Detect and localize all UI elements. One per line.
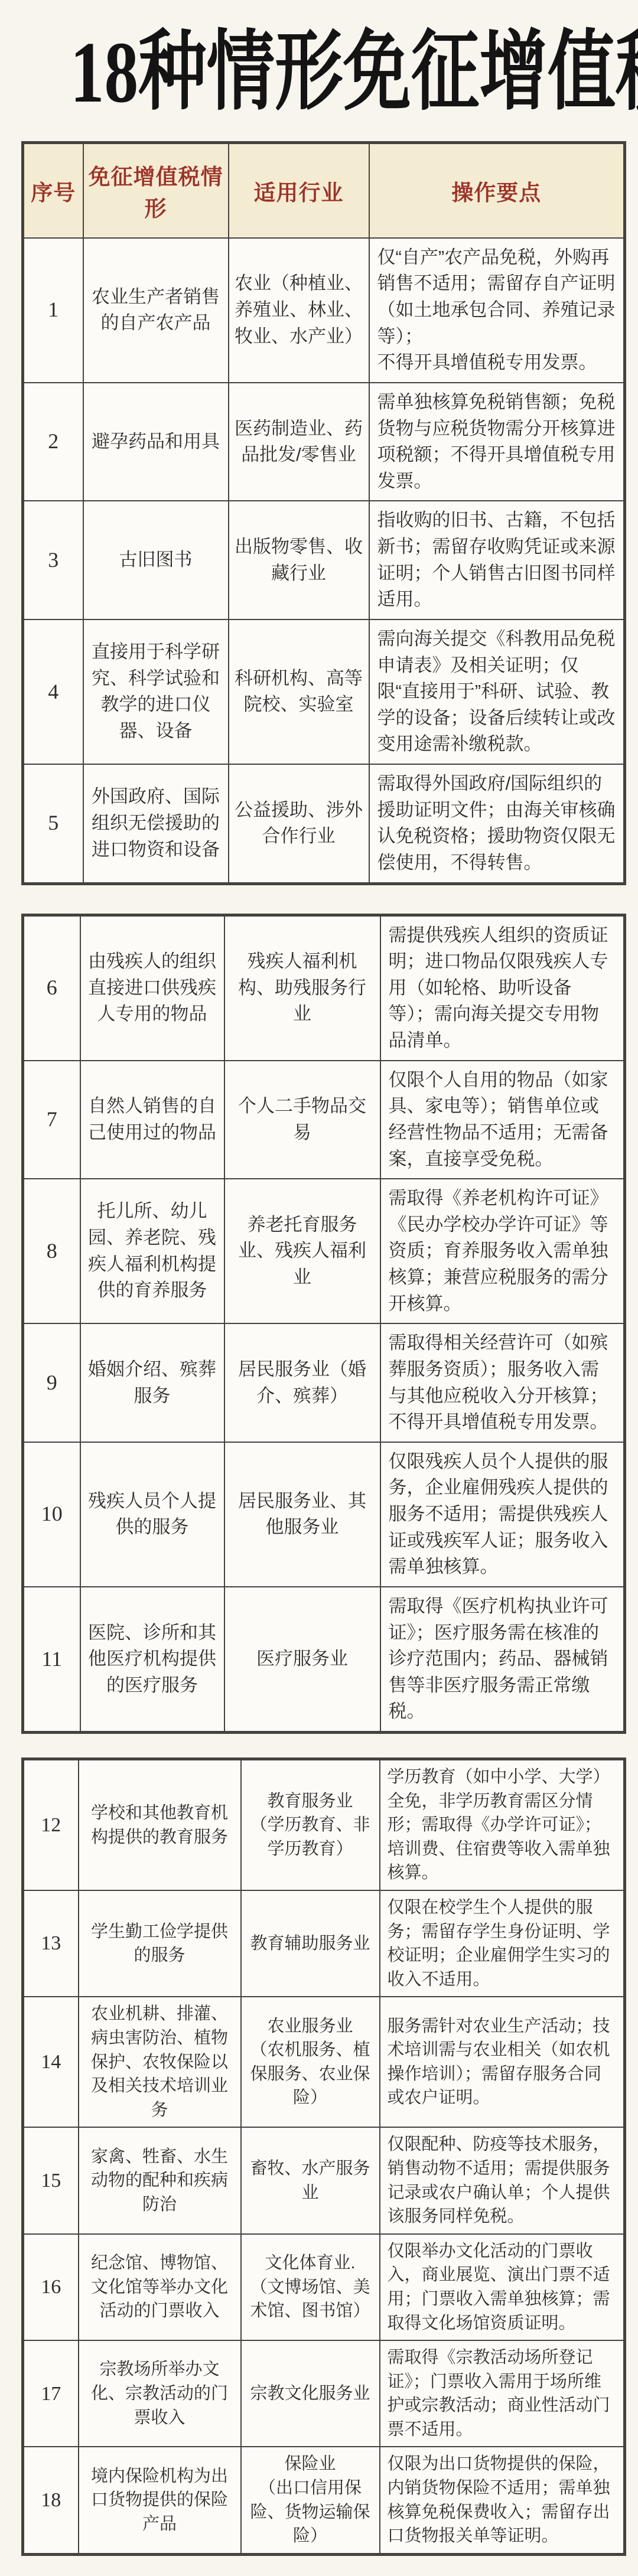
cell-number: 10	[23, 1442, 80, 1587]
cell-points: 仅限配种、防疫等技术服务，销售动物不适用；需提供服务记录或农户确认单；个人提供该…	[380, 2127, 625, 2233]
cell-points: 仅限个人自用的物品（如家具、家电等）；销售单位或经营性物品不适用；无需备案，直接…	[380, 1061, 625, 1179]
cell-points: 仅限残疾人员个人提供的服务，企业雇佣残疾人提供的服务不适用；需提供残疾人证或残疾…	[380, 1442, 625, 1587]
cell-industry: 农业服务业 （农机服务、植保服务、农业保险）	[241, 1997, 380, 2127]
cell-number: 2	[23, 383, 83, 501]
cell-situation: 境内保险机构为出口货物提供的保险产品	[79, 2447, 241, 2554]
cell-number: 4	[23, 619, 83, 764]
cell-industry: 居民服务业（婚介、殡葬）	[224, 1323, 380, 1442]
table-row: 7自然人销售的自己使用过的物品个人二手物品交易仅限个人自用的物品（如家具、家电等…	[23, 1061, 625, 1179]
column-header-industry: 适用行业	[229, 142, 369, 238]
cell-situation: 学生勤工俭学提供的服务	[79, 1890, 241, 1997]
table-row: 15家禽、牲畜、水生动物的配种和疾病防治畜牧、水产服务业仅限配种、防疫等技术服务…	[23, 2127, 625, 2233]
cell-situation: 农业机耕、排灌、病虫害防治、植物保护、农牧保险以及相关技术培训业务	[79, 1997, 241, 2127]
table-section-3: 12学校和其他教育机构提供的教育服务教育服务业 （学历教育、非学历教育）学历教育…	[21, 1757, 626, 2556]
cell-industry: 教育服务业 （学历教育、非学历教育）	[241, 1759, 380, 1890]
column-header-situation: 免征增值税情形	[83, 142, 229, 238]
cell-points: 服务需针对农业生产活动；技术培训需与农业相关（如农机操作培训）；需留存服务合同或…	[380, 1997, 625, 2127]
cell-number: 7	[23, 1061, 80, 1179]
cell-number: 5	[23, 764, 83, 883]
cell-points: 需取得《养老机构许可证》《民办学校办学许可证》等资质；育养服务收入需单独核算；兼…	[380, 1179, 625, 1323]
cell-number: 18	[23, 2447, 79, 2554]
cell-situation: 家禽、牲畜、水生动物的配种和疾病防治	[79, 2127, 241, 2233]
cell-industry: 保险业 （出口信用保险、货物运输保险）	[241, 2447, 380, 2554]
cell-points: 学历教育（如中小学、大学）全免，非学历教育需区分情形；需取得《办学许可证》；培训…	[380, 1759, 625, 1890]
cell-number: 13	[23, 1890, 79, 1997]
table-row: 16纪念馆、博物馆、文化馆等举办文化活动的门票收入文化体育业. （文博场馆、美术…	[23, 2234, 625, 2340]
cell-number: 11	[23, 1587, 80, 1733]
cell-number: 14	[23, 1997, 79, 2127]
table-section-1: 序号免征增值税情形适用行业操作要点1农业生产者销售的自产农产品农业（种植业、养殖…	[21, 141, 626, 885]
cell-industry: 个人二手物品交易	[224, 1061, 380, 1179]
cell-industry: 宗教文化服务业	[241, 2340, 380, 2447]
cell-situation: 古旧图书	[83, 501, 229, 619]
cell-situation: 残疾人员个人提供的服务	[80, 1442, 224, 1587]
cell-industry: 养老托育服务业、残疾人福利业	[224, 1179, 380, 1323]
cell-points: 需提供残疾人组织的资质证明；进口物品仅限残疾人专用（如轮格、助听设备等）；需向海…	[380, 915, 625, 1061]
cell-points: 指收购的旧书、古籍，不包括新书；需留存收购凭证或来源证明；个人销售古旧图书同样适…	[369, 501, 625, 619]
cell-situation: 由残疾人的组织直接进口供残疾人专用的物品	[80, 915, 224, 1061]
cell-industry: 畜牧、水产服务业	[241, 2127, 380, 2233]
cell-industry: 农业（种植业、养殖业、林业、牧业、水产业）	[229, 238, 369, 383]
table-row: 9婚姻介绍、殡葬服务居民服务业（婚介、殡葬）需取得相关经营许可（如殡葬服务资质）…	[23, 1323, 625, 1442]
cell-industry: 出版物零售、收藏行业	[229, 501, 369, 619]
table-row: 8托儿所、幼儿园、养老院、残疾人福利机构提供的育养服务养老托育服务业、残疾人福利…	[23, 1179, 625, 1323]
header-row: 序号免征增值税情形适用行业操作要点	[23, 142, 625, 238]
cell-industry: 科研机构、高等院校、实验室	[229, 619, 369, 764]
cell-points: 需取得《医疗机构执业许可证》；医疗服务需在核准的诊疗范围内；药品、器械销售等非医…	[380, 1587, 625, 1733]
cell-points: 仅“自产”农产品免税，外购再销售不适用；需留存自产证明（如土地承包合同、养殖记录…	[369, 238, 625, 383]
table-row: 6由残疾人的组织直接进口供残疾人专用的物品残疾人福利机构、助残服务行业需提供残疾…	[23, 915, 625, 1061]
cell-situation: 直接用于科学研究、科学试验和教学的进口仪器、设备	[83, 619, 229, 764]
cell-industry: 教育辅助服务业	[241, 1890, 380, 1997]
cell-number: 1	[23, 238, 83, 383]
table-row: 4直接用于科学研究、科学试验和教学的进口仪器、设备科研机构、高等院校、实验室需向…	[23, 619, 625, 764]
table-section-2: 6由残疾人的组织直接进口供残疾人专用的物品残疾人福利机构、助残服务行业需提供残疾…	[21, 914, 626, 1734]
cell-situation: 农业生产者销售的自产农产品	[83, 238, 229, 383]
cell-number: 6	[23, 915, 80, 1061]
table-row: 10残疾人员个人提供的服务居民服务业、其他服务业仅限残疾人员个人提供的服务，企业…	[23, 1442, 625, 1587]
cell-industry: 居民服务业、其他服务业	[224, 1442, 380, 1587]
cell-number: 16	[23, 2234, 79, 2340]
vat-exemption-tables: 序号免征增值税情形适用行业操作要点1农业生产者销售的自产农产品农业（种植业、养殖…	[0, 141, 638, 2556]
table-row: 12学校和其他教育机构提供的教育服务教育服务业 （学历教育、非学历教育）学历教育…	[23, 1759, 625, 1890]
cell-industry: 公益援助、涉外合作行业	[229, 764, 369, 883]
cell-number: 12	[23, 1759, 79, 1890]
cell-number: 3	[23, 501, 83, 619]
table-row: 11医院、诊所和其他医疗机构提供的医疗服务医疗服务业需取得《医疗机构执业许可证》…	[23, 1587, 625, 1733]
cell-points: 需取得相关经营许可（如殡葬服务资质）；服务收入需与其他应税收入分开核算；不得开具…	[380, 1323, 625, 1442]
table-row: 2避孕药品和用具医药制造业、药品批发/零售业需单独核算免税销售额；免税货物与应税…	[23, 383, 625, 501]
table-row: 1农业生产者销售的自产农产品农业（种植业、养殖业、林业、牧业、水产业）仅“自产”…	[23, 238, 625, 383]
cell-situation: 宗教场所举办文化、宗教活动的门票收入	[79, 2340, 241, 2447]
cell-situation: 医院、诊所和其他医疗机构提供的医疗服务	[80, 1587, 224, 1733]
cell-situation: 托儿所、幼儿园、养老院、残疾人福利机构提供的育养服务	[80, 1179, 224, 1323]
column-header-number: 序号	[23, 142, 83, 238]
table-row: 17宗教场所举办文化、宗教活动的门票收入宗教文化服务业需取得《宗教活动场所登记证…	[23, 2340, 625, 2447]
cell-points: 需取得外国政府/国际组织的援助证明文件；由海关审核确认免税资格；援助物资仅限无偿…	[369, 764, 625, 883]
column-header-points: 操作要点	[369, 142, 625, 238]
cell-industry: 医药制造业、药品批发/零售业	[229, 383, 369, 501]
cell-situation: 婚姻介绍、殡葬服务	[80, 1323, 224, 1442]
cell-points: 仅限在校学生个人提供的服务；需留存学生身份证明、学校证明；企业雇佣学生实习的收入…	[380, 1890, 625, 1997]
cell-number: 9	[23, 1323, 80, 1442]
cell-number: 8	[23, 1179, 80, 1323]
cell-industry: 文化体育业. （文博场馆、美术馆、图书馆）	[241, 2234, 380, 2340]
table-row: 5外国政府、国际组织无偿援助的进口物资和设备公益援助、涉外合作行业需取得外国政府…	[23, 764, 625, 883]
cell-points: 需取得《宗教活动场所登记证》；门票收入需用于场所维护或宗教活动；商业性活动门票不…	[380, 2340, 625, 2447]
cell-situation: 外国政府、国际组织无偿援助的进口物资和设备	[83, 764, 229, 883]
cell-number: 17	[23, 2340, 79, 2447]
infographic-page: 18种情形免征增值税 序号免征增值税情形适用行业操作要点1农业生产者销售的自产农…	[0, 0, 638, 2576]
table-row: 14农业机耕、排灌、病虫害防治、植物保护、农牧保险以及相关技术培训业务农业服务业…	[23, 1997, 625, 2127]
cell-points: 需单独核算免税销售额；免税货物与应税货物需分开核算进项税额；不得开具增值税专用发…	[369, 383, 625, 501]
cell-points: 仅限为出口货物提供的保险，内销货物保险不适用；需单独核算免税保费收入；需留存出口…	[380, 2447, 625, 2554]
cell-situation: 纪念馆、博物馆、文化馆等举办文化活动的门票收入	[79, 2234, 241, 2340]
cell-number: 15	[23, 2127, 79, 2233]
cell-industry: 残疾人福利机构、助残服务行业	[224, 915, 380, 1061]
table-row: 13学生勤工俭学提供的服务教育辅助服务业仅限在校学生个人提供的服务；需留存学生身…	[23, 1890, 625, 1997]
table-row: 3古旧图书出版物零售、收藏行业指收购的旧书、古籍，不包括新书；需留存收购凭证或来…	[23, 501, 625, 619]
table-row: 18境内保险机构为出口货物提供的保险产品保险业 （出口信用保险、货物运输保险）仅…	[23, 2447, 625, 2554]
cell-situation: 自然人销售的自己使用过的物品	[80, 1061, 224, 1179]
cell-situation: 学校和其他教育机构提供的教育服务	[79, 1759, 241, 1890]
cell-industry: 医疗服务业	[224, 1587, 380, 1733]
page-title: 18种情形免征增值税	[70, 25, 568, 121]
cell-situation: 避孕药品和用具	[83, 383, 229, 501]
cell-points: 仅限举办文化活动的门票收入，商业展览、演出门票不适用；门票收入需单独核算；需取得…	[380, 2234, 625, 2340]
cell-points: 需向海关提交《科教用品免税申请表》及相关证明；仅限“直接用于”科研、试验、教学的…	[369, 619, 625, 764]
